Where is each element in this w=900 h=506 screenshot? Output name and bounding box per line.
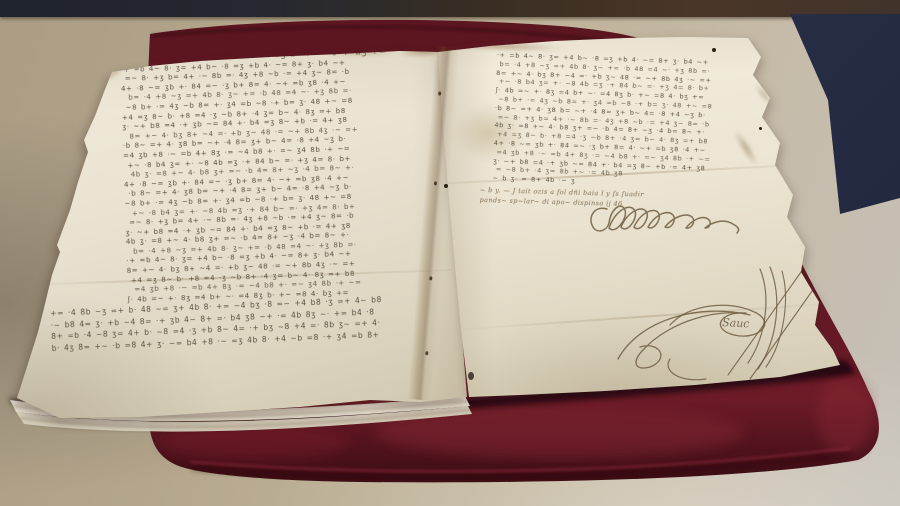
ink-speck [759, 127, 762, 130]
stitch-dot [434, 181, 437, 185]
ink-speck [468, 372, 474, 380]
cushion-sheen [817, 375, 873, 455]
ink-speck [444, 184, 448, 188]
museum-manuscript-photo: ʃ· 4b =~ +· 8ʒ =4 b+ ~· =4 8ʒ b· +~ =8 4… [0, 0, 900, 506]
stitch-dot [429, 276, 432, 280]
ink-speck [712, 48, 716, 52]
stitch-dot [438, 91, 441, 95]
stitch-dot [425, 351, 428, 355]
